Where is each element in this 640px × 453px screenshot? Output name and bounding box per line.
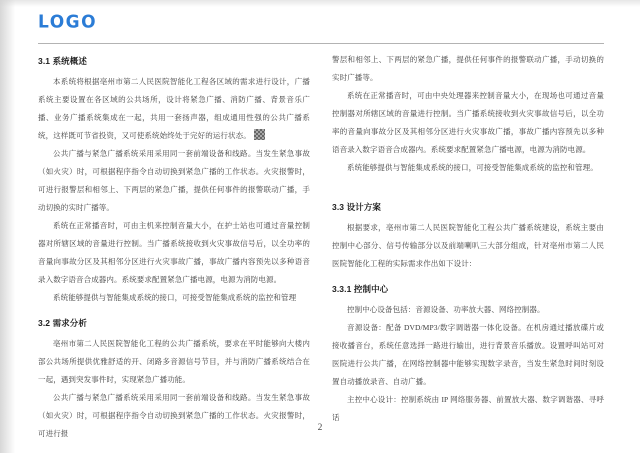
two-column-body: 3.1 系统概述 本系统将根据亳州市第二人民医院智能化工程各区域的需求进行设计，… — [38, 51, 604, 443]
section-heading-3-3: 3.3 设计方案 — [332, 200, 604, 214]
paragraph-volume-control-host: 系统在正常播音时，可由主机来控制音量大小，在护士站也可通过音量控制器对所辖区域的… — [38, 217, 310, 289]
paragraph-emergency-switch-truncated: 公共广播与紧急广播系统采用采用同一套前端设备和线路。当发生紧急事故（如火灾）时，… — [38, 389, 310, 443]
paragraph-integration-interface: 系统能够提供与智能集成系统的接口，可接受智能集成系统的监控和管理 — [38, 289, 310, 307]
paragraph-system-overview: 本系统将根据亳州市第二人民医院智能化工程各区域的需求进行设计，广播系统主要设置在… — [38, 73, 310, 145]
left-column: 3.1 系统概述 本系统将根据亳州市第二人民医院智能化工程各区域的需求进行设计，… — [38, 51, 310, 443]
page-number: 2 — [0, 423, 640, 433]
paragraph-main-control-design-truncated: 主控中心设计：控制系统由 IP 网络服务器、前置放大器、数字调谐器、寻呼话 — [332, 391, 604, 427]
header-divider — [38, 43, 604, 44]
paragraph-volume-control-cpu: 系统在正常播音时，可由中央处理器来控制音量大小，在现场也可通过音量控制器对所辖区… — [332, 87, 604, 159]
logo: LOGO — [38, 12, 604, 33]
section-heading-3-1: 3.1 系统概述 — [38, 54, 310, 68]
right-column: 警层和相邻上、下两层的紧急广播，提供任何事件的报警联动广播，手动切换的实时广播等… — [332, 51, 604, 443]
paragraph-design-plan: 根据要求，亳州市第二人民医院智能化工程公共广播系统建设，系统主要由控制中心部分、… — [332, 219, 604, 273]
paragraph-integration-interface-2: 系统能够提供与智能集成系统的接口，可接受智能集成系统的监控和管理。 — [332, 159, 604, 177]
paragraph-control-center-devices: 控制中心设备包括：音源设备、功率放大器、网络控制器。 — [332, 301, 604, 319]
document-page: LOGO 3.1 系统概述 本系统将根据亳州市第二人民医院智能化工程各区域的需求… — [0, 0, 640, 453]
paragraph-continuation: 警层和相邻上、下两层的紧急广播，提供任何事件的报警联动广播，手动切换的实时广播等… — [332, 51, 604, 87]
paragraph-text: 本系统将根据亳州市第二人民医院智能化工程各区域的需求进行设计，广播系统主要设置在… — [38, 77, 310, 140]
section-heading-3-3-1: 3.3.1 控制中心 — [332, 282, 604, 296]
page-header: LOGO — [38, 12, 604, 44]
paragraph-audio-source: 音源设备：配备 DVD/MP3/数字调谐器一体化设备。在机房通过播放碟片或接收播… — [332, 319, 604, 391]
paragraph-requirements: 亳州市第二人民医院智能化工程的公共广播系统，要求在平时能够向大楼内部公共场所提供… — [38, 335, 310, 389]
section-heading-3-2: 3.2 需求分析 — [38, 316, 310, 330]
paragraph-emergency-switch: 公共广播与紧急广播系统采用采用同一套前端设备和线路。当发生紧急事故（如火灾）时，… — [38, 145, 310, 217]
noise-stamp-icon — [254, 129, 265, 140]
